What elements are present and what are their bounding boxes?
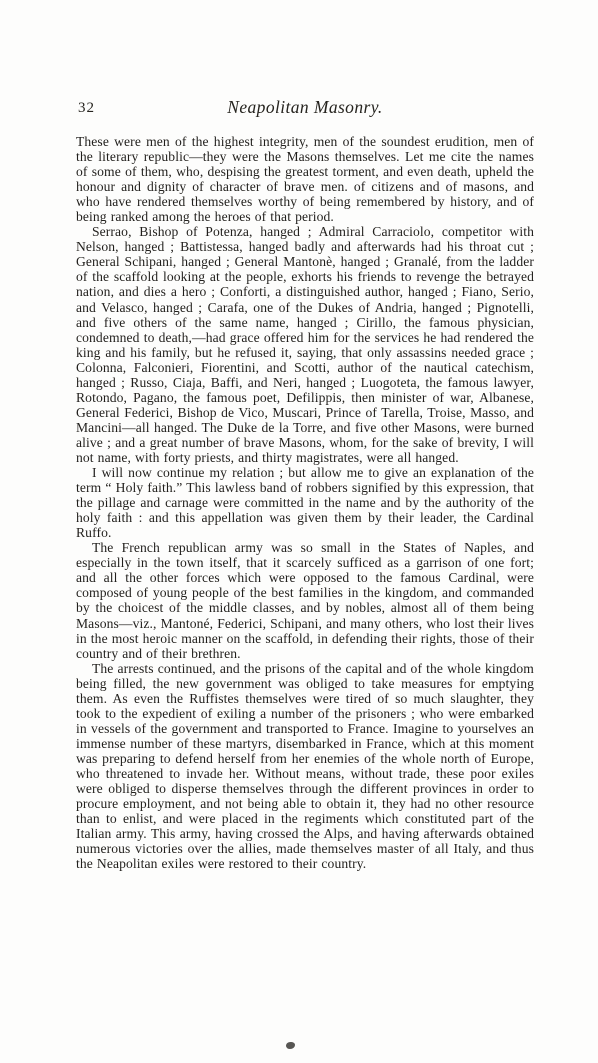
page-header: 32 Neapolitan Masonry.: [76, 97, 534, 119]
paragraph-arrests-exiles: The arrests continued, and the prisons o…: [76, 661, 534, 872]
running-title: Neapolitan Masonry.: [76, 97, 534, 118]
ink-smudge-artifact: [286, 1042, 295, 1049]
paragraph-martyrs-list: Serrao, Bishop of Potenza, hanged ; Admi…: [76, 224, 534, 465]
page-body: These were men of the highest integrity,…: [76, 134, 534, 871]
paragraph-intro: These were men of the highest integrity,…: [76, 134, 534, 224]
paragraph-french-army: The French republican army was so small …: [76, 540, 534, 660]
book-page: 32 Neapolitan Masonry. These were men of…: [0, 0, 598, 1063]
paragraph-holy-faith: I will now continue my relation ; but al…: [76, 465, 534, 540]
